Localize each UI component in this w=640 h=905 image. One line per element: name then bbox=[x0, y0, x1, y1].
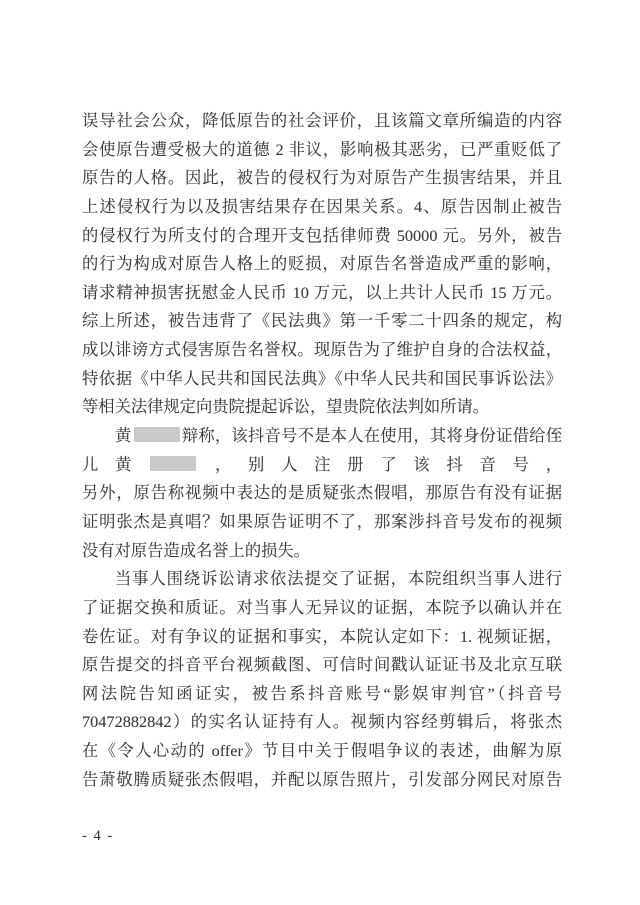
document-line: 的行为构成对原告人格上的贬损，对原告名誉造成严重的影响， bbox=[82, 250, 562, 279]
document-line: 会使原告遭受极大的道德 2 非议，影响极其恶劣，已严重贬低了 bbox=[82, 136, 562, 165]
document-body-text: 误导社会公众，降低原告的社会评价，且该篇文章所编造的内容 会使原告遭受极大的道德… bbox=[82, 107, 562, 794]
page-number: - 4 - bbox=[82, 828, 114, 845]
document-line-redacted: 儿黄，别人注册了该抖音号，也是他们一直在使用该手机号。 bbox=[82, 451, 562, 480]
document-line: 证明张杰是真唱？如果原告证明不了，那案涉抖音号发布的视频 bbox=[82, 508, 562, 537]
text-segment: 黄 bbox=[115, 426, 132, 445]
document-line: 网法院告知函证实，被告系抖音账号“影娱审判官”（抖音号 bbox=[82, 680, 562, 709]
document-line: 原告的人格。因此，被告的侵权行为对原告产生损害结果，并且 bbox=[82, 164, 562, 193]
document-line: 告萧敬腾质疑张杰假唱，并配以原告照片，引发部分网民对原告 bbox=[82, 766, 562, 795]
document-line: 了证据交换和质证。对当事人无异议的证据，本院予以确认并在 bbox=[82, 594, 562, 623]
document-line: 上述侵权行为以及损害结果存在因果关系。4、原告因制止被告 bbox=[82, 193, 562, 222]
document-page: 误导社会公众，降低原告的社会评价，且该篇文章所编造的内容 会使原告遭受极大的道德… bbox=[0, 0, 640, 905]
document-line: 在《令人心动的 offer》节目中关于假唱争议的表述，曲解为原 bbox=[82, 737, 562, 766]
document-line: 请求精神损害抚慰金人民币 10 万元，以上共计人民币 15 万元。 bbox=[82, 279, 562, 308]
document-line-redacted: 黄辩称，该抖音号不是本人在使用，其将身份证借给侄 bbox=[82, 422, 562, 451]
redaction-box bbox=[134, 427, 180, 442]
text-segment: 辩称，该抖音号不是本人在使用，其将身份证借给侄 bbox=[182, 426, 562, 445]
document-line: 另外，原告称视频中表达的是质疑张杰假唱，那原告有没有证据 bbox=[82, 479, 562, 508]
document-line: 当事人围绕诉讼请求依法提交了证据，本院组织当事人进行 bbox=[82, 565, 562, 594]
document-line: 等相关法律规定向贵院提起诉讼，望贵院依法判如所请。 bbox=[82, 393, 562, 422]
document-line: 综上所述，被告违背了《民法典》第一千零二十四条的规定，构 bbox=[82, 307, 562, 336]
document-line: 卷佐证。对有争议的证据和事实，本院认定如下：1. 视频证据， bbox=[82, 623, 562, 652]
document-line: 误导社会公众，降低原告的社会评价，且该篇文章所编造的内容 bbox=[82, 107, 562, 136]
document-line: 成以诽谤方式侵害原告名誉权。现原告为了维护自身的合法权益， bbox=[82, 336, 562, 365]
text-segment: 儿黄 bbox=[82, 455, 148, 474]
document-line: 特依据《中华人民共和国民法典》《中华人民共和国民事诉讼法》 bbox=[82, 365, 562, 394]
document-line: 原告提交的抖音平台视频截图、可信时间戳认证证书及北京互联 bbox=[82, 651, 562, 680]
document-line: 没有对原告造成名誉上的损失。 bbox=[82, 537, 562, 566]
redaction-box bbox=[150, 456, 196, 471]
document-line: 的侵权行为所支付的合理开支包括律师费 50000 元。另外，被告 bbox=[82, 222, 562, 251]
document-line: 70472882842）的实名认证持有人。视频内容经剪辑后，将张杰 bbox=[82, 708, 562, 737]
